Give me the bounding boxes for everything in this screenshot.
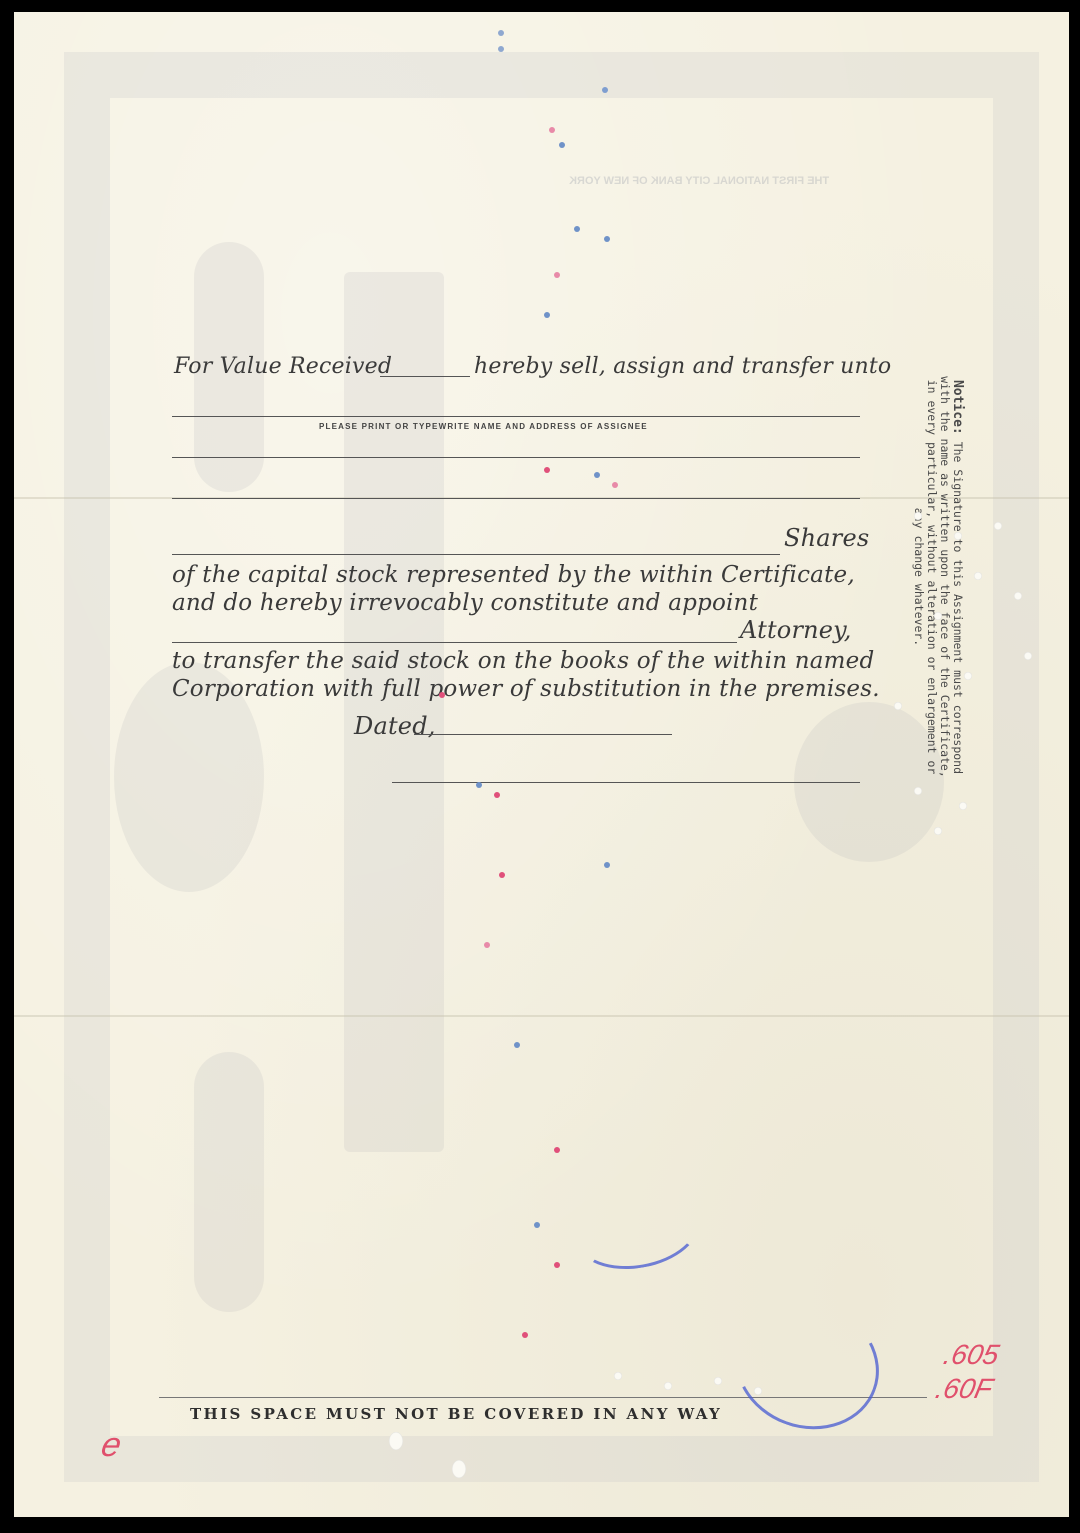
corporation-text: Corporation with full power of substitut… <box>172 676 880 702</box>
assignee-line-3[interactable] <box>172 498 860 499</box>
perforation-hole <box>964 672 972 680</box>
dated-label: Dated, <box>354 712 436 740</box>
security-fiber <box>514 1042 520 1048</box>
security-fiber <box>594 472 600 478</box>
for-value-received-label: For Value Received <box>174 354 392 379</box>
perforation-hole <box>974 572 982 580</box>
pencil-mark-605: .605 <box>941 1340 1002 1370</box>
transfer-text: to transfer the said stock on the books … <box>172 648 874 674</box>
security-fiber <box>549 127 555 133</box>
signature-notice: Notice: The Signature to this Assignment… <box>912 367 964 787</box>
security-fiber <box>604 236 610 242</box>
security-fiber <box>544 467 550 473</box>
perforation-hole <box>894 702 902 710</box>
security-fiber <box>498 30 504 36</box>
sell-assign-transfer-label: hereby sell, assign and transfer unto <box>474 354 891 379</box>
appoint-text: and do hereby irrevocably constitute and… <box>172 590 758 616</box>
certificate-paper: THE FIRST NATIONAL CITY BANK OF NEW YORK… <box>14 12 1069 1517</box>
attorney-name-line[interactable] <box>172 642 737 643</box>
security-fiber <box>612 482 618 488</box>
assignee-line-2[interactable] <box>172 457 860 458</box>
date-line[interactable] <box>414 734 672 735</box>
security-fiber <box>559 142 565 148</box>
assignee-caption: PLEASE PRINT OR TYPEWRITE NAME AND ADDRE… <box>319 422 648 431</box>
punch-hole <box>452 1460 466 1478</box>
pencil-mark-60f: .60F <box>933 1374 995 1404</box>
security-fiber <box>602 87 608 93</box>
notice-text: The Signature to this Assignment must co… <box>912 376 965 778</box>
perforation-hole <box>934 612 942 620</box>
perforation-hole <box>994 522 1002 530</box>
shares-label: Shares <box>784 524 869 552</box>
security-fiber <box>522 1332 528 1338</box>
perforation-hole <box>959 802 967 810</box>
perforation-hole <box>1014 592 1022 600</box>
perforation-hole <box>1024 652 1032 660</box>
notice-heading: Notice: <box>950 380 965 435</box>
assignee-line-1[interactable] <box>172 416 860 417</box>
security-fiber <box>554 1262 560 1268</box>
security-fiber <box>554 1147 560 1153</box>
signature-line[interactable] <box>392 782 860 783</box>
perforation-hole <box>914 787 922 795</box>
attorney-label: Attorney, <box>740 616 852 644</box>
value-blank-line[interactable] <box>380 376 470 377</box>
security-fiber <box>604 862 610 868</box>
perforation-hole <box>614 1372 622 1380</box>
do-not-cover-caption: THIS SPACE MUST NOT BE COVERED IN ANY WA… <box>190 1405 722 1423</box>
showthrough-bank-name: THE FIRST NATIONAL CITY BANK OF NEW YORK <box>569 175 829 187</box>
security-fiber <box>498 46 504 52</box>
security-fiber <box>534 1222 540 1228</box>
perforation-hole <box>954 532 962 540</box>
security-fiber <box>574 226 580 232</box>
showthrough-left-ornament-bottom <box>194 1052 264 1312</box>
security-fiber <box>494 792 500 798</box>
security-fiber <box>476 782 482 788</box>
perforation-hole <box>714 1377 722 1385</box>
security-fiber <box>439 692 445 698</box>
capital-stock-text: of the capital stock represented by the … <box>172 562 855 588</box>
perforation-hole <box>914 512 922 520</box>
perforation-hole <box>934 827 942 835</box>
security-fiber <box>499 872 505 878</box>
security-fiber <box>544 312 550 318</box>
shares-count-line[interactable] <box>172 554 780 555</box>
security-fiber <box>554 272 560 278</box>
fold-line-bottom <box>14 1015 1069 1017</box>
security-fiber <box>484 942 490 948</box>
perforation-hole <box>664 1382 672 1390</box>
perforation-hole <box>754 1387 762 1395</box>
punch-hole <box>389 1432 403 1450</box>
